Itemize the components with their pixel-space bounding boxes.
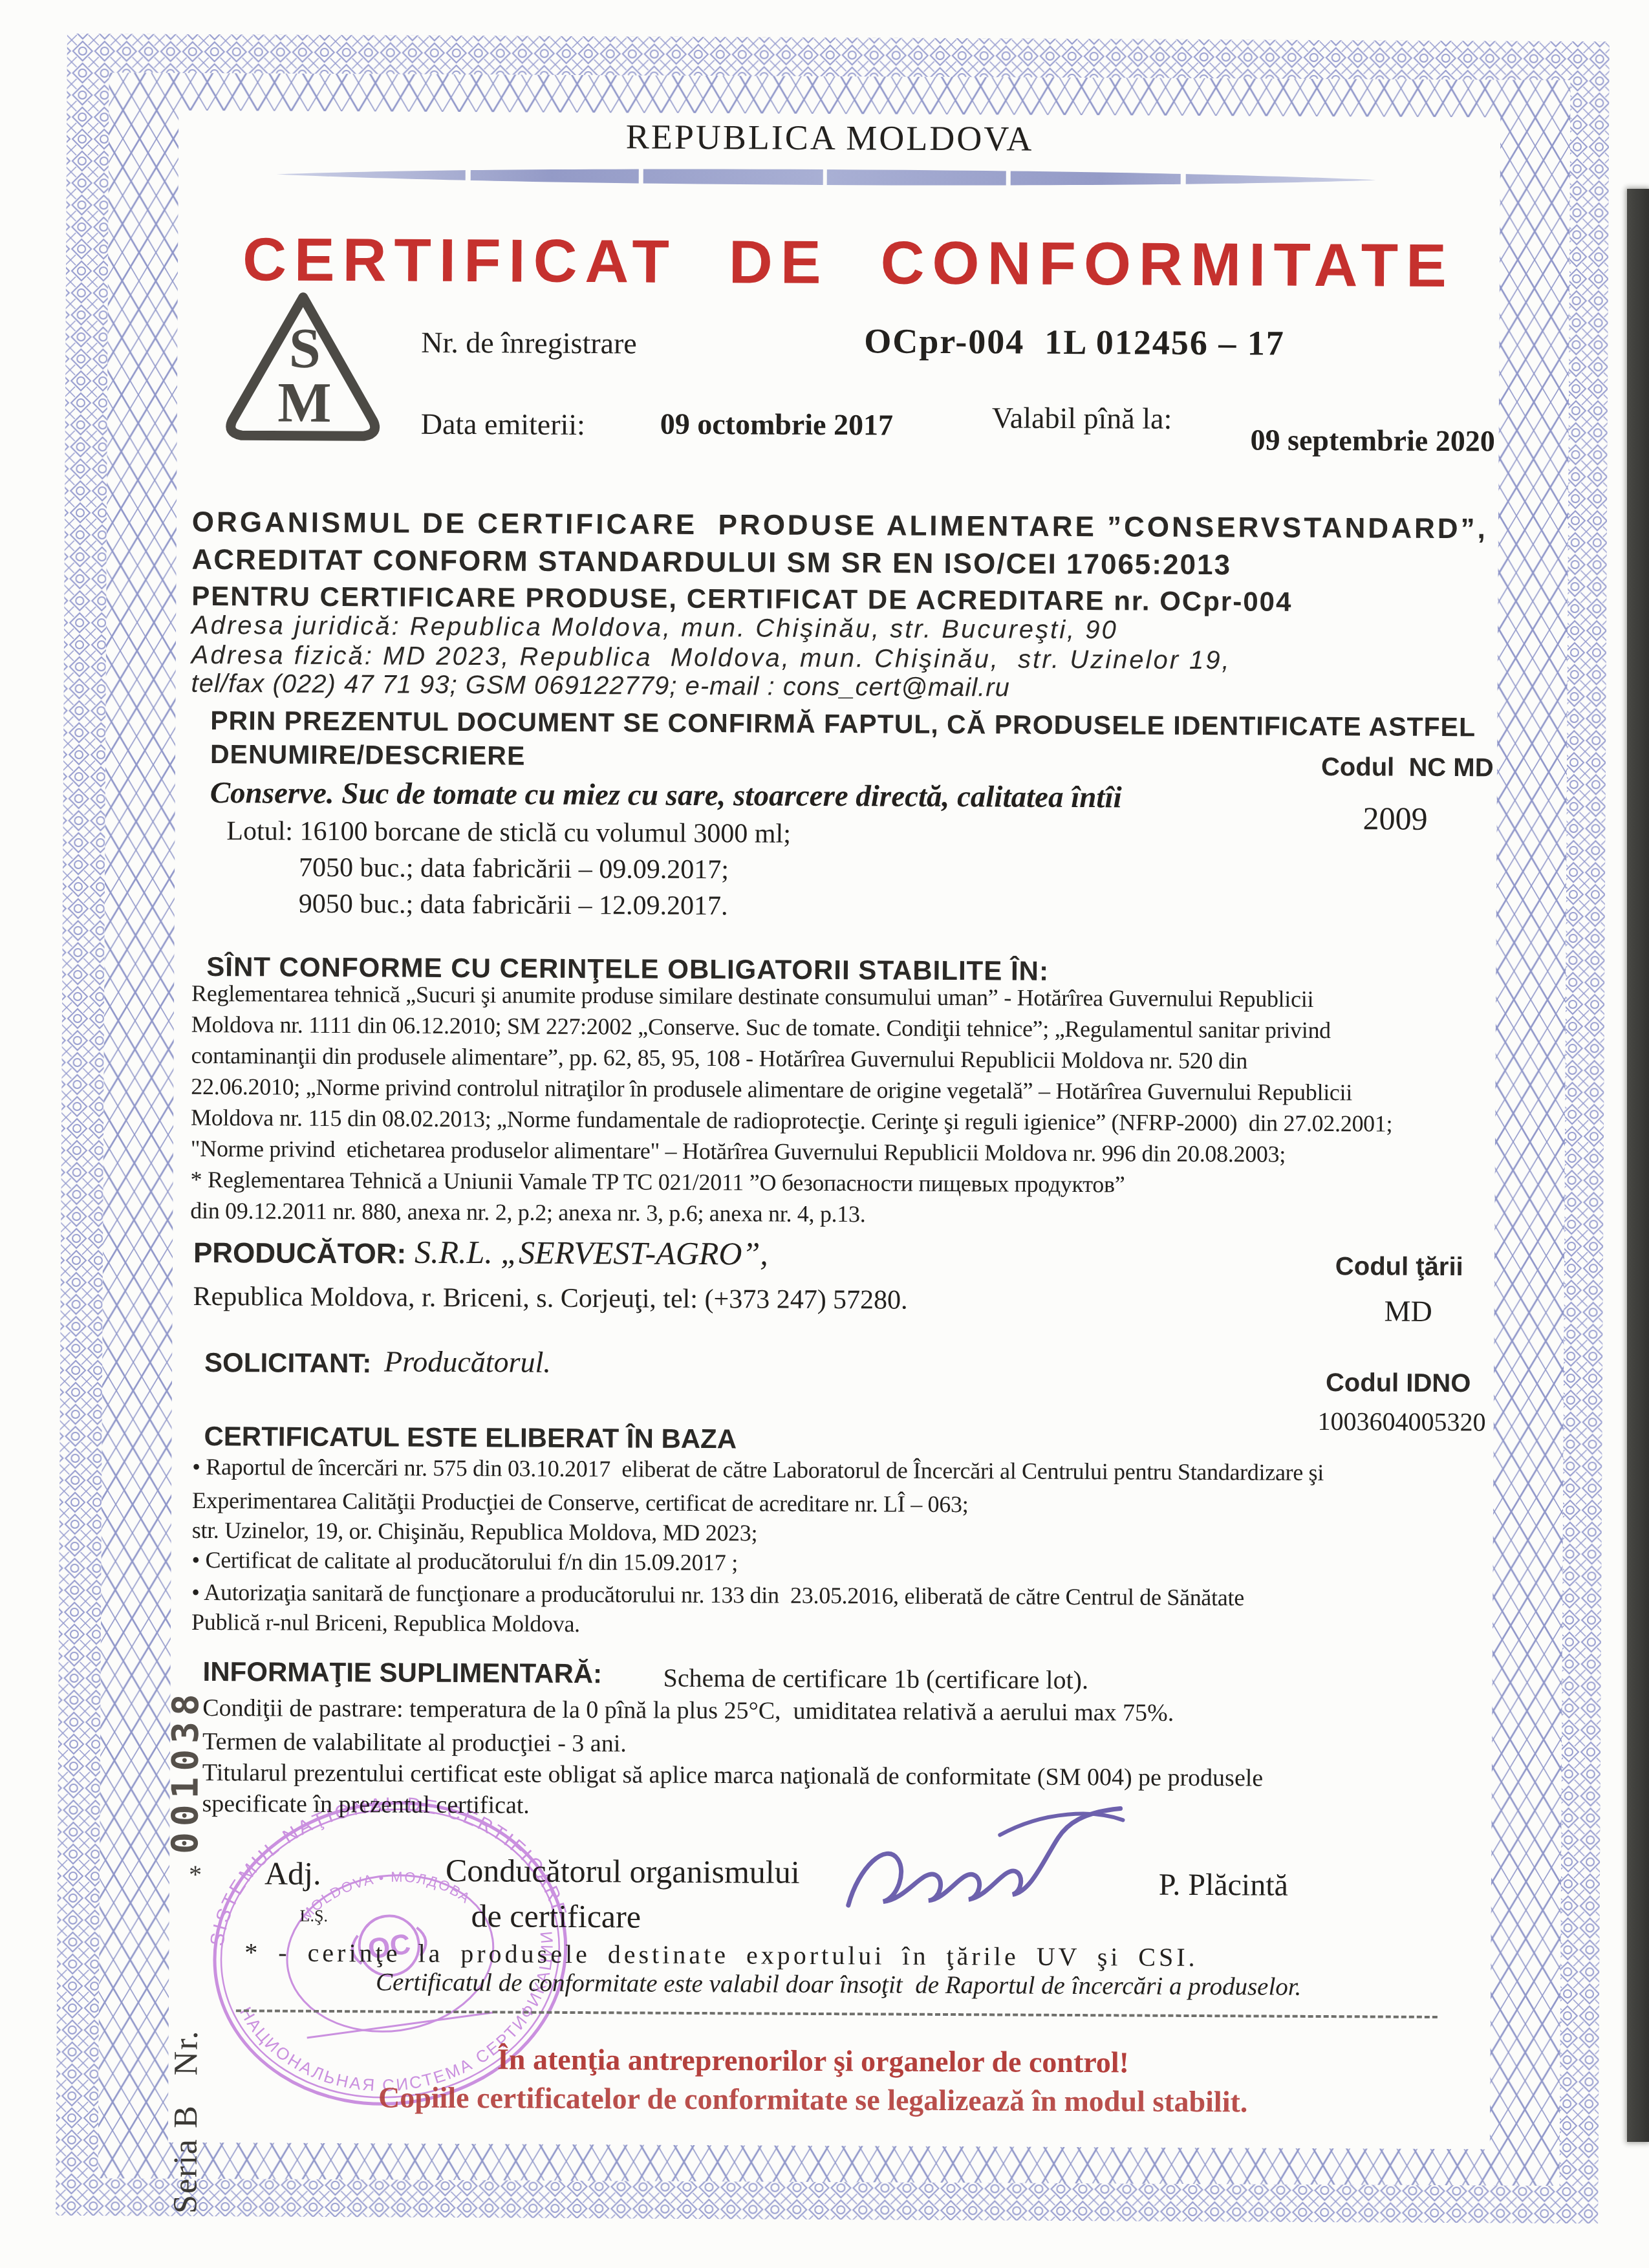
basis-line: Publică r-nul Briceni, Republica Moldova… [191,1608,580,1637]
lot-line-2: 7050 buc.; data fabricării – 09.09.2017; [299,852,729,885]
signer-name: P. Plăcintă [1159,1867,1288,1903]
basis-line: str. Uzinelor, 19, or. Chişinău, Republi… [192,1517,758,1547]
certificate-title: CERTIFICAT DE CONFORMITATE [242,224,1454,301]
registration-value: OCpr-004 1L 012456 – 17 [864,321,1285,363]
certificate-sheet: REPUBLICA MOLDOVA CERTIFICAT DE CONFORMI… [0,0,1649,2268]
org-contact: tel/fax (022) 47 71 93; GSM 069122779; e… [191,669,1010,703]
basis-line: Experimentarea Calităţii Producţiei de C… [192,1487,969,1518]
info-heading: INFORMAŢIE SUPLIMENTARĂ: [203,1656,603,1689]
valid-until-value: 09 septembrie 2020 [1250,422,1494,458]
applicant-value: Producătorul. [384,1344,551,1379]
info-scheme: Schema de certificare 1b (certificare lo… [663,1663,1088,1695]
valid-until-label: Valabil pînă la: [992,400,1172,435]
conform-line: contaminanţii din produsele alimentare”,… [191,1042,1248,1075]
country-code-label: Codul ţării [1335,1252,1463,1282]
validity-note: Certificatul de conformitate este valabi… [376,1967,1302,2001]
nc-md-code-label: Codul NC MD [1321,753,1494,783]
conform-line: * Reglementarea Tehnică a Uniunii Vamale… [191,1166,1125,1198]
svg-text:MOLDOVA • МОЛДОВА: MOLDOVA • МОЛДОВА [294,1858,476,1929]
svg-text:S: S [289,318,321,380]
nc-md-code-value: 2009 [1363,799,1427,837]
basis-line: • Autorizaţia sanitară de funcţionare a … [191,1579,1244,1612]
org-line-2: ACREDITAT CONFORM STANDARDULUI SM SR EN … [192,544,1232,581]
scanner-edge-strip [1627,189,1649,2142]
issue-date-value: 09 octombrie 2017 [660,407,894,442]
basis-line: • Certificat de calitate al producătorul… [191,1546,738,1576]
producer-name: S.R.L. „SERVEST-AGRO”, [415,1233,768,1273]
org-legal-address: Adresa juridică: Republica Moldova, mun.… [191,611,1118,645]
info-line: Condiţii de pastrare: temperatura de la … [202,1694,1174,1727]
producer-label: PRODUCĂTOR: [193,1237,406,1271]
issue-date-label: Data emiterii: [421,407,585,442]
registration-label: Nr. de înregistrare [421,325,637,361]
applicant-label: SOLICITANT: [204,1347,371,1379]
certificate-page: REPUBLICA MOLDOVA CERTIFICAT DE CONFORMI… [0,0,1649,2268]
pen-divider [277,160,1376,195]
producer-address: Republica Moldova, r. Briceni, s. Corjeu… [193,1281,908,1316]
conform-line: "Norme privind etichetarea produselor al… [191,1135,1286,1168]
info-line: Termen de valabilitate al producţiei - 3… [202,1727,627,1758]
signature [830,1797,1141,1934]
idno-label: Codul IDNO [1326,1368,1471,1398]
product-description: Conserve. Suc de tomate cu miez cu sare,… [210,775,1122,815]
idno-value: 1003604005320 [1318,1406,1486,1437]
lot-line-3: 9050 buc.; data fabricării – 12.09.2017. [299,889,728,922]
lot-line-1: Lotul: 16100 borcane de sticlă cu volumu… [226,815,791,850]
sm-logo: S M [221,288,386,444]
country-code-value: MD [1384,1294,1432,1328]
svg-text:M: M [277,372,332,435]
conform-line: din 09.12.2011 nr. 880, anexa nr. 2, p.2… [190,1197,865,1227]
basis-heading: CERTIFICATUL ESTE ELIBERAT ÎN BAZA [204,1421,737,1454]
org-line-1: ORGANISMUL DE CERTIFICARE PRODUSE ALIMEN… [192,506,1488,545]
denumire-label: DENUMIRE/DESCRIERE [210,739,526,772]
